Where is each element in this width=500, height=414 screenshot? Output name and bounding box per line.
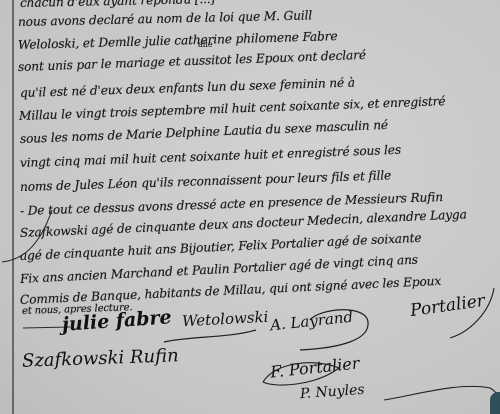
signature-flourish [160, 318, 260, 348]
signature-szafkowski-rufin: Szafkowski Rufin [22, 345, 179, 371]
corner-tab [490, 392, 500, 414]
text-line: qu'il est né d'eux deux enfants lun du s… [20, 75, 355, 100]
signature-flourish [440, 282, 500, 342]
text-line: nous avons declaré au nom de la loi que … [18, 8, 312, 29]
text-line: sont unis par le mariage et aussitot les… [18, 48, 366, 74]
margin-flourish [0, 200, 60, 280]
text-line: Weloloski, et Demlle julie catherine phi… [18, 29, 338, 52]
signature-nuyles: P. Nuyles [300, 382, 366, 402]
document-page: chacun d'eux ayant repondu [...] nous av… [0, 0, 500, 414]
text-line: chacun d'eux ayant repondu [...] [20, 0, 215, 10]
signature-flourish [280, 300, 380, 360]
signature-flourish [380, 372, 500, 412]
text-line: noms de Jules Léon qu'ils reconnaissent … [20, 168, 392, 194]
text-line: sous les noms de Marie Delphine Lautia d… [20, 118, 389, 146]
text-line: vingt cinq mai mil huit cent soixante hu… [20, 143, 401, 170]
